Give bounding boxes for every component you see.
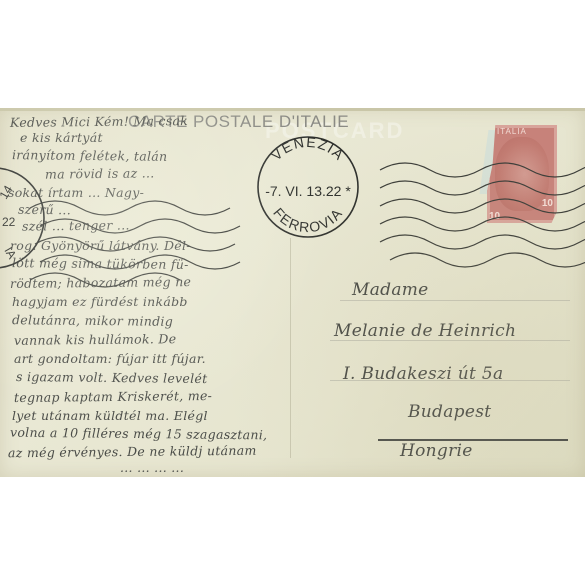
svg-text:-7. VI. 13.22 *: -7. VI. 13.22 * (265, 183, 351, 199)
svg-text:IA: IA (1, 245, 19, 262)
postmark-left-fragment: 14 22 IA (0, 168, 44, 268)
svg-text:22: 22 (2, 215, 16, 229)
postcard: POSTCARD CARTE POSTALE D'ITALIE Kedves M… (0, 108, 585, 477)
svg-text:FERROVIA: FERROVIA (270, 205, 346, 236)
svg-text:VENEZIA: VENEZIA (268, 134, 348, 164)
postmark-overlay: VENEZIA FERROVIA -7. VI. 13.22 * 14 22 I… (0, 108, 585, 477)
postmark-venezia: VENEZIA FERROVIA -7. VI. 13.22 * (258, 134, 358, 237)
svg-text:14: 14 (0, 183, 15, 202)
